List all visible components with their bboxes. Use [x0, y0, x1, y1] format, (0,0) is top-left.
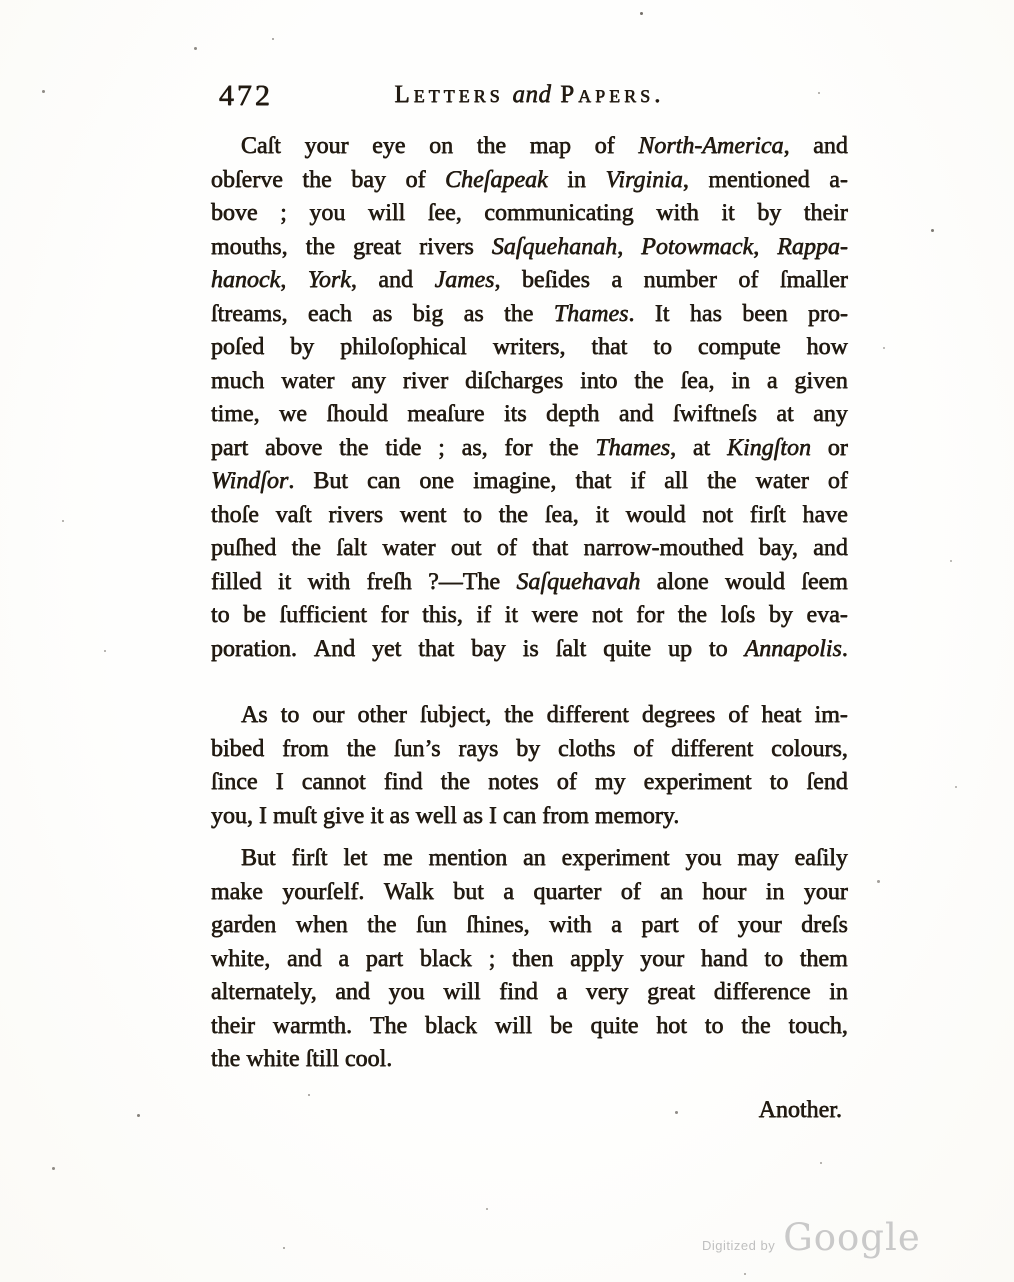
text-run: the [292, 535, 321, 561]
scan-speck [52, 1167, 55, 1170]
word: Rappa- [777, 231, 848, 265]
word: at [693, 432, 710, 466]
text-run: of [595, 133, 615, 159]
word: different [547, 699, 629, 733]
word: of [497, 532, 517, 566]
text-run: Letters [395, 81, 504, 108]
word: and [287, 943, 322, 977]
text-run: ſubject, [420, 702, 491, 728]
word: diſcharges [465, 365, 563, 399]
text-run: yet [372, 636, 401, 662]
text-run: find [384, 769, 423, 795]
text-run: bay, [759, 535, 798, 561]
word: Walk [384, 876, 434, 910]
text-line: bove;youwillſee,communicatingwithitbythe… [211, 197, 848, 231]
text-line: white,andapartblack;thenapplyyourhandtot… [211, 943, 848, 977]
word: Saſquehanah, [492, 231, 623, 265]
paragraph: CaſtyoureyeonthemapofNorth-America,andob… [211, 130, 848, 666]
text-run: compute [698, 334, 781, 360]
text-line: you, I muſt give it as well as I can fro… [211, 800, 848, 834]
word: in [567, 164, 586, 198]
text-line: partabovethetide;as,fortheThames,atKingſ… [211, 432, 848, 466]
text-run: a [557, 979, 568, 1005]
text-run: each [308, 301, 352, 327]
text-run: Caſt [241, 133, 281, 159]
text-run: hand [701, 946, 748, 972]
word: bay, [759, 532, 798, 566]
word: a- [829, 164, 848, 198]
word: Windſor. [211, 465, 294, 499]
text-run: all [664, 468, 688, 494]
word: ?—The [428, 566, 500, 600]
text-run: in [829, 979, 848, 1005]
text-run: pro- [808, 301, 848, 327]
text-run: alternately, [211, 979, 317, 1005]
word: mention [429, 842, 508, 876]
text-run: meaſure [407, 401, 484, 427]
text-run: and [813, 535, 848, 561]
text-run: that [575, 468, 611, 494]
word: of [621, 876, 641, 910]
word: ſalt [336, 532, 367, 566]
text-run: imagine, [473, 468, 556, 494]
text-run: ſun [416, 912, 447, 938]
word: garden [211, 909, 276, 943]
text-run: freſh [367, 569, 412, 595]
word: beſides [522, 264, 590, 298]
text-run: big [413, 301, 444, 327]
text-run: ſtreams, [211, 301, 288, 327]
text-run: heat [761, 702, 801, 728]
word: Annapolis. [745, 633, 848, 667]
text-run: that [591, 334, 627, 360]
word: I [276, 766, 284, 800]
word: freſh [367, 566, 412, 600]
word: and [335, 976, 370, 1010]
text-run: black [420, 946, 472, 972]
word: of [728, 699, 748, 733]
text-run: tide [385, 435, 421, 461]
word: any [813, 398, 848, 432]
text-line: mouths,thegreatriversSaſquehanah,Potowma… [211, 231, 848, 265]
scan-speck [883, 347, 885, 349]
word: a [767, 365, 778, 399]
word: it [596, 499, 609, 533]
text-run: . [842, 636, 848, 662]
word: great [647, 976, 695, 1010]
text-run: mentioned [708, 167, 809, 193]
word: big [413, 298, 444, 332]
word: very [586, 976, 629, 1010]
text-line: gardenwhentheſunſhines,withapartofyourdr… [211, 909, 848, 943]
text-run: would [626, 502, 686, 528]
word: colours, [771, 733, 848, 767]
scan-speck [283, 1247, 285, 1249]
word: above [265, 432, 322, 466]
text-run: apply [570, 946, 623, 972]
text-run: black [425, 1013, 477, 1039]
text-run: ſee, [428, 200, 462, 226]
page-background: 472 Letters and Papers. Caſtyoureyeonthe… [0, 0, 1014, 1282]
word: the [347, 733, 376, 767]
word: obſerve [211, 164, 283, 198]
word: ; [438, 432, 445, 466]
text-run: But [313, 468, 348, 494]
word: with [656, 197, 699, 231]
word: to [463, 499, 482, 533]
text-run: narrow-mouthed [584, 535, 744, 561]
word: them [800, 943, 848, 977]
word: ſeem [801, 566, 848, 600]
scan-speck [931, 229, 934, 232]
word: poration. [211, 633, 297, 667]
text-run: it [278, 569, 291, 595]
word: in [731, 365, 750, 399]
text-run: make [211, 879, 263, 905]
text-run: with [656, 200, 699, 226]
word: went [400, 499, 447, 533]
scan-speck [818, 92, 820, 94]
word: apply [570, 943, 623, 977]
word: with [549, 909, 592, 943]
text-run: how [807, 334, 848, 360]
word: poſed [211, 331, 264, 365]
word: would [725, 566, 785, 600]
word: into [580, 365, 617, 399]
text-run: a- [829, 167, 848, 193]
text-run: Annapolis [745, 636, 842, 662]
scan-speck [877, 880, 880, 883]
text-run: not [592, 602, 623, 628]
text-run: experiment [644, 769, 752, 795]
text-run: ſea, [545, 502, 579, 528]
word: hour [702, 876, 746, 910]
word: ſhines, [466, 909, 529, 943]
text-run: eva- [807, 602, 848, 628]
word: with [308, 566, 351, 600]
text-run: one [419, 468, 454, 494]
text-run: them [800, 946, 848, 972]
closing-word: Another. [211, 1097, 848, 1124]
text-run: to [653, 334, 672, 360]
word: for [381, 599, 409, 633]
text-run: would [725, 569, 785, 595]
text-run: very [586, 979, 629, 1005]
word: the [707, 465, 736, 499]
word: of [557, 766, 577, 800]
text-run: went [400, 502, 447, 528]
text-run: bibed [211, 736, 264, 762]
text-run: of [557, 769, 577, 795]
word: let [343, 842, 367, 876]
text-run: we [279, 401, 307, 427]
word: it [505, 599, 518, 633]
text-run: . [288, 468, 294, 494]
word: for [636, 599, 664, 633]
text-run: experiment [562, 845, 670, 871]
text-run: it [505, 602, 518, 628]
word: rivers [419, 231, 474, 265]
word: the [549, 432, 578, 466]
word: time, [211, 398, 260, 432]
word: to [764, 943, 783, 977]
word: experiment [644, 766, 752, 800]
text-line: hanock,York,andJames,beſidesanumberofſma… [211, 264, 848, 298]
word: the [339, 432, 368, 466]
scan-speck [675, 1111, 678, 1114]
text-run: ſeem [801, 569, 848, 595]
word: the [292, 532, 321, 566]
word: find [499, 976, 538, 1010]
word: one [419, 465, 454, 499]
scan-speck [820, 1162, 822, 1164]
word: cloths [558, 733, 615, 767]
word: by [769, 599, 793, 633]
word: the [504, 298, 533, 332]
text-run: that [418, 636, 454, 662]
text-line: obſervethebayofCheſapeakinVirginia,menti… [211, 164, 848, 198]
text-line: Butfirſtletmementionanexperimentyoumayea… [211, 842, 848, 876]
text-run: water [382, 535, 435, 561]
word: and [813, 532, 848, 566]
word: other [358, 699, 407, 733]
word: to [709, 633, 728, 667]
text-run: as [372, 301, 392, 327]
word: of [633, 733, 653, 767]
word: Caſt [241, 130, 281, 164]
text-run: my [595, 769, 626, 795]
word: dreſs [801, 909, 848, 943]
text-run: an [523, 845, 546, 871]
word: a [611, 909, 622, 943]
text-run: white, [211, 946, 270, 972]
text-run: , [753, 234, 759, 260]
text-run: were [532, 602, 579, 628]
text-run: the [499, 502, 528, 528]
text-run: depth [546, 401, 599, 427]
word: that [575, 465, 611, 499]
text-run: communicating [484, 200, 633, 226]
text-run: puſhed [211, 535, 276, 561]
word: quite [603, 633, 651, 667]
word: yet [372, 633, 401, 667]
word: to [211, 599, 230, 633]
text-run: been [742, 301, 787, 327]
text-run: Saſquehanah [492, 234, 617, 260]
word: will [443, 976, 480, 1010]
text-run: as, [462, 435, 488, 461]
word: notes [488, 766, 539, 800]
word: water [382, 532, 435, 566]
text-run: of [698, 912, 718, 938]
text-run: water [756, 468, 809, 494]
text-run: dreſs [801, 912, 848, 938]
word: this, [422, 599, 463, 633]
scan-speck [62, 520, 64, 522]
text-run: firſt [750, 502, 786, 528]
word: in [829, 976, 848, 1010]
word: It [655, 298, 670, 332]
scan-speck [137, 1114, 140, 1117]
text-run: cloths [558, 736, 615, 762]
word: your [804, 876, 848, 910]
text-run: by [516, 736, 540, 762]
text-run: filled [211, 569, 262, 595]
text-run: But [241, 845, 276, 871]
text-run: James [435, 267, 495, 293]
text-run: beſides [522, 267, 590, 293]
text-run: different [671, 736, 753, 762]
word: ſend [807, 766, 848, 800]
word: alternately, [211, 976, 317, 1010]
text-line: alternately,andyouwillfindaverygreatdiff… [211, 976, 848, 1010]
text-run: ſea, [681, 368, 715, 394]
text-run: , [670, 435, 676, 461]
text-run: ; [489, 946, 496, 972]
word: your [305, 130, 349, 164]
text-run: and [378, 267, 413, 293]
google-watermark: Digitized by Google [702, 1216, 921, 1259]
text-run: hot [656, 1013, 687, 1039]
text-run: to [705, 1013, 724, 1039]
text-run: quite [591, 1013, 639, 1039]
text-run: Potowmack [641, 234, 753, 260]
word: different [671, 733, 753, 767]
text-run: difference [714, 979, 811, 1005]
word: would [626, 499, 686, 533]
text-run: rays [458, 736, 498, 762]
word: hanock, [211, 264, 286, 298]
word: filled [211, 566, 262, 600]
text-run: York [308, 267, 351, 293]
text-run: garden [211, 912, 276, 938]
word: vaſt [276, 499, 312, 533]
text-run: ſince [211, 769, 258, 795]
word: of [828, 465, 848, 499]
text-run: Thames [554, 301, 629, 327]
text-run: bove [211, 200, 258, 226]
scan-speck [308, 1094, 310, 1096]
word: an [660, 876, 683, 910]
text-run: It [655, 301, 670, 327]
text-run: the [741, 1013, 770, 1039]
word: bibed [211, 733, 264, 767]
word: water [281, 365, 334, 399]
text-run: philoſophical [340, 334, 467, 360]
text-run: The [370, 1013, 407, 1039]
word: loſs [721, 599, 756, 633]
text-run: has [690, 301, 722, 327]
word: to [770, 766, 789, 800]
text-run: thoſe [211, 502, 259, 528]
scan-speck [272, 38, 274, 40]
text-run: different [547, 702, 629, 728]
text-run: a [338, 946, 349, 972]
text-run: to [764, 946, 783, 972]
word: difference [714, 976, 811, 1010]
body-text: CaſtyoureyeonthemapofNorth-America,andob… [211, 130, 848, 1077]
word: black [425, 1010, 477, 1044]
text-run: the [367, 912, 396, 938]
digitized-by-label: Digitized by [702, 1238, 775, 1253]
word: hot [656, 1010, 687, 1044]
text-run: loſs [721, 602, 756, 628]
text-run: number [644, 267, 717, 293]
text-run: much [211, 368, 264, 394]
text-run: a [612, 267, 623, 293]
word: is [523, 633, 539, 667]
word: ſun’s [394, 733, 441, 767]
word: map [530, 130, 571, 164]
word: may [737, 842, 778, 876]
word: and [813, 130, 848, 164]
word: communicating [484, 197, 633, 231]
word: we [279, 398, 307, 432]
text-run: Virginia [606, 167, 683, 193]
text-line: CaſtyoureyeonthemapofNorth-America,and [211, 130, 848, 164]
word: the [504, 699, 533, 733]
text-run: ſalt [336, 535, 367, 561]
text-run: ?—The [428, 569, 500, 595]
text-run: im- [815, 702, 848, 728]
word: to [653, 331, 672, 365]
text-run: poſed [211, 334, 264, 360]
word: cannot [302, 766, 366, 800]
text-run: notes [488, 769, 539, 795]
word: make [211, 876, 263, 910]
text-run: can [367, 468, 400, 494]
text-run: is [523, 636, 539, 662]
word: white, [211, 943, 270, 977]
text-run: for [636, 602, 664, 628]
text-block: 472 Letters and Papers. Caſtyoureyeonthe… [211, 78, 848, 1124]
text-run: of [621, 879, 641, 905]
text-run: it [721, 200, 734, 226]
text-run: mouths, [211, 234, 288, 260]
word: hand [701, 943, 748, 977]
text-run: an [660, 879, 683, 905]
text-run: your [738, 912, 782, 938]
text-run: the [549, 435, 578, 461]
word: you [686, 842, 722, 876]
text-run: that [532, 535, 568, 561]
text-run: and [287, 946, 322, 972]
text-run: to [709, 636, 728, 662]
text-run: by [757, 200, 781, 226]
word: how [807, 331, 848, 365]
text-run: with [549, 912, 592, 938]
text-run: any [813, 401, 848, 427]
word: of [406, 164, 426, 198]
word: ſea, [681, 365, 715, 399]
text-run: Rappa- [777, 234, 848, 260]
word: North-America, [638, 130, 789, 164]
text-run: will [368, 200, 405, 226]
word: part [641, 909, 678, 943]
word: compute [698, 331, 781, 365]
text-line: poſedbyphiloſophicalwriters,thattocomput… [211, 331, 848, 365]
text-run: to [770, 769, 789, 795]
text-run: degrees [642, 702, 715, 728]
word: Saſquehavah [516, 566, 640, 600]
word: been [742, 298, 787, 332]
word: alone [657, 566, 709, 600]
word: philoſophical [340, 331, 467, 365]
text-run: ſwiftneſs [673, 401, 757, 427]
page-header: 472 Letters and Papers. [211, 78, 848, 114]
text-run: to [281, 702, 300, 728]
word: you [389, 976, 425, 1010]
